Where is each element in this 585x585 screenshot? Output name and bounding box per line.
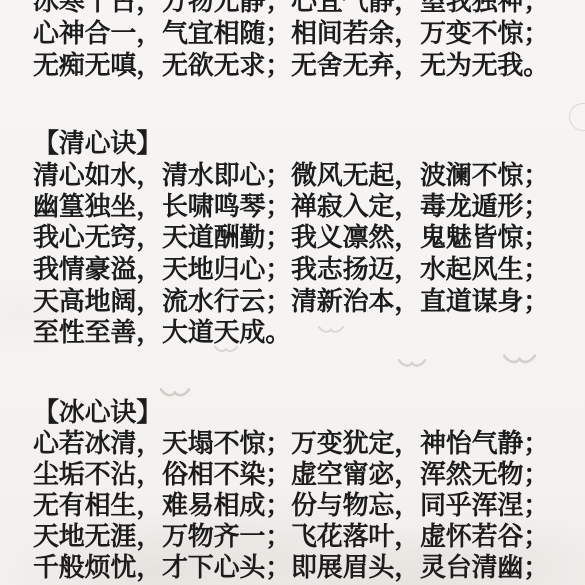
mantra-line: 千般烦忧，才下心头；即展眉头，灵台清幽； bbox=[33, 554, 585, 581]
mantra-line: 心神合一，气宜相随；相间若余，万变不惊； bbox=[33, 20, 585, 47]
section-heading: 【冰心诀】 bbox=[33, 399, 585, 426]
mantra-line: 至性至善，大道天成。 bbox=[33, 319, 585, 346]
mantra-line: 我心无窍，天道酬勤；我义凛然，鬼魅皆惊； bbox=[33, 224, 585, 251]
reader-page: 冰寒千古，万物尤静；心宜气静，望我独神； 心神合一，气宜相随；相间若余，万变不惊… bbox=[0, 0, 585, 585]
mantra-line: 幽篁独坐，长啸鸣琴；禅寂入定，毒龙遁形； bbox=[33, 193, 585, 220]
mantra-line: 无有相生，难易相成；份与物忘，同乎浑涅； bbox=[33, 492, 585, 519]
mantra-line: 我情豪溢，天地归心；我志扬迈，水起风生； bbox=[33, 256, 585, 283]
section-heading: 【清心诀】 bbox=[33, 130, 585, 157]
mantra-line: 冰寒千古，万物尤静；心宜气静，望我独神； bbox=[33, 0, 585, 15]
mantra-line: 清心如水，清水即心；微风无起，波澜不惊； bbox=[33, 162, 585, 189]
mantra-line: 天高地阔，流水行云；清新治本，直道谋身； bbox=[33, 288, 585, 315]
mantra-line: 无痴无嗔，无欲无求；无舍无弃，无为无我。 bbox=[33, 52, 585, 79]
mantra-line: 尘垢不沾，俗相不染；虚空甯宓，浑然无物； bbox=[33, 461, 585, 488]
mantra-text: 冰寒千古，万物尤静；心宜气静，望我独神； 心神合一，气宜相随；相间若余，万变不惊… bbox=[0, 0, 585, 585]
mantra-line: 天地无涯，万物齐一；飞花落叶，虚怀若谷； bbox=[33, 523, 585, 550]
mantra-line: 心若冰清，天塌不惊；万变犹定，神怡气静； bbox=[33, 430, 585, 457]
